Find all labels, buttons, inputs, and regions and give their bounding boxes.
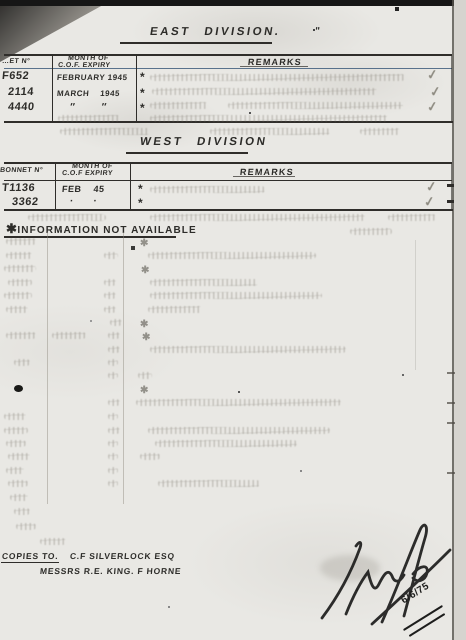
faded-pencil-scribble xyxy=(28,214,106,221)
copies-to-underline xyxy=(1,562,59,563)
faded-pencil-scribble xyxy=(150,74,405,81)
faded-pencil-scribble xyxy=(155,440,297,447)
faded-pencil-scribble xyxy=(152,88,377,95)
faded-pencil-scribble xyxy=(4,427,28,434)
faded-pencil-scribble xyxy=(4,413,26,420)
faded-pencil-scribble xyxy=(108,480,118,487)
faded-pencil-scribble xyxy=(108,453,118,460)
faded-pencil-scribble xyxy=(104,252,118,259)
faded-pencil-scribble xyxy=(10,494,28,501)
copies-recipient-2: MESSRS R.E. KING. F HORNE xyxy=(40,566,182,576)
faded-pencil-scribble xyxy=(148,306,202,313)
faded-pencil-scribble xyxy=(140,453,160,460)
faded-pencil-scribble xyxy=(110,319,122,326)
faded-pencil-scribble xyxy=(210,128,330,135)
faded-pencil-scribble xyxy=(52,332,86,339)
faded-pencil-scribble xyxy=(6,440,26,447)
faded-pencil-scribble xyxy=(228,102,403,109)
faded-pencil-scribble xyxy=(8,480,28,487)
faded-pencil-scribble xyxy=(16,523,36,530)
faded-pencil-scribble xyxy=(150,102,208,109)
faded-pencil-scribble xyxy=(14,359,30,366)
faded-pencil-scribble xyxy=(108,413,118,420)
faded-pencil-scribble xyxy=(4,265,36,272)
faded-pencil-scribble xyxy=(6,467,24,474)
faded-pencil-scribble xyxy=(360,128,400,135)
faded-pencil-scribble xyxy=(108,467,118,474)
faded-pencil-scribble xyxy=(150,214,365,221)
faded-pencil-scribble xyxy=(40,538,66,545)
faded-pencil-scribble xyxy=(148,427,330,434)
faded-pencil-scribble xyxy=(136,399,341,406)
copies-to-label: COPIES TO. xyxy=(2,551,59,561)
faded-pencil-scribble: ✱ xyxy=(140,385,149,394)
faded-pencil-scribble xyxy=(104,279,116,286)
faded-pencil-scribble xyxy=(108,399,120,406)
faded-pencil-scribble xyxy=(8,279,32,286)
faded-pencil-scribble xyxy=(8,453,30,460)
faded-pencil-scribble xyxy=(108,346,120,353)
scanned-document-page: EAST DIVISION. " …ET N° MONTH OF C.O.F. … xyxy=(0,0,466,640)
faded-pencil-scribble xyxy=(150,279,258,286)
faded-pencil-scribble: ✱ xyxy=(141,265,150,274)
faded-pencil-scribble xyxy=(388,214,436,221)
faded-pencil-scribble xyxy=(150,346,346,353)
ink-blot xyxy=(14,385,23,392)
faded-pencil-scribble: ✱ xyxy=(140,238,149,247)
faded-pencil-scribble xyxy=(108,332,120,339)
faded-pencil-scribble: ✱ xyxy=(140,319,149,328)
faded-pencil-scribble xyxy=(138,372,152,379)
copies-recipient-1: C.F SILVERLOCK ESQ xyxy=(70,551,176,561)
faded-pencil-scribble xyxy=(108,359,118,366)
faded-pencil-scribble xyxy=(4,292,32,299)
faded-pencil-scribble xyxy=(6,238,36,245)
faded-pencil-scribble xyxy=(150,186,265,193)
faded-pencil-scribble xyxy=(60,128,150,135)
faded-pencil-scribble xyxy=(108,427,120,434)
faded-pencil-scribble xyxy=(150,115,388,122)
faded-pencil-scribble xyxy=(58,115,120,122)
faded-pencil-scribble xyxy=(6,332,36,339)
faded-pencil-scribble xyxy=(158,480,260,487)
faded-pencil-scribble xyxy=(104,292,116,299)
faded-pencil-scribble: ✱ xyxy=(142,332,151,341)
faded-pencil-scribble xyxy=(148,252,316,259)
faded-pencil-scribble xyxy=(350,228,392,235)
faded-pencil-scribble xyxy=(108,372,118,379)
faded-pencil-scribble xyxy=(6,306,28,313)
faded-pencil-scribble xyxy=(150,292,322,299)
faded-pencil-scribble xyxy=(6,252,32,259)
faded-pencil-scribble xyxy=(104,306,116,313)
faded-pencil-scribble xyxy=(14,508,30,515)
faded-pencil-scribble xyxy=(108,440,118,447)
